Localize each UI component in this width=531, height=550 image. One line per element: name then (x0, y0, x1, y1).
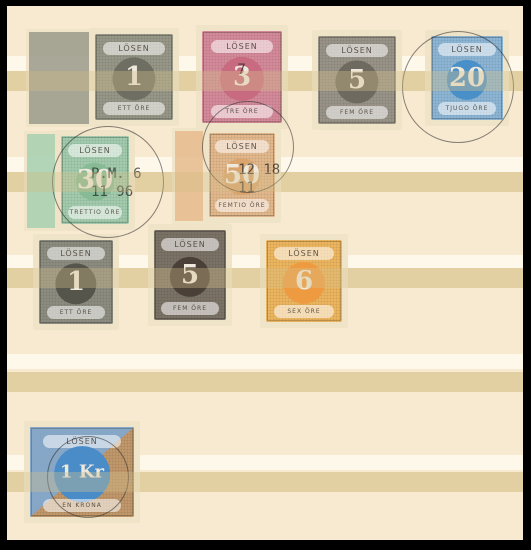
stamp-bottom-label: FEM ÖRE (161, 302, 218, 315)
stamp-top-label: LÖSEN (215, 140, 268, 153)
stamp-value: 1 Kr (24, 462, 140, 483)
stamp-top-label: LÖSEN (326, 44, 387, 57)
stamp-s1[interactable]: LÖSEN1ETT ÖRE (89, 28, 179, 126)
stamp-value: 5 (312, 65, 402, 95)
strip-4 (7, 372, 523, 392)
stamp-s8[interactable]: LÖSEN5FEM ÖRE (148, 224, 232, 326)
stamp-value: 5 (148, 260, 232, 290)
stamp-s10[interactable]: LÖSEN1 KrEN KRONA (24, 421, 140, 523)
stamp-bottom-label: TRETTIO ÖRE (68, 206, 122, 219)
stamp-value: 6 (260, 266, 348, 296)
stamp-s3[interactable]: LÖSEN5FEM ÖRE (312, 30, 402, 130)
stamp-s4[interactable]: LÖSEN20TJUGO ÖRE (425, 30, 509, 126)
stamp-bottom-label: SEX ÖRE (274, 305, 334, 318)
stamp-bottom-label: ETT ÖRE (47, 306, 106, 319)
stamp-value: 20 (425, 63, 509, 93)
stamp-s6[interactable]: LÖSEN50FEMTIO ÖRE (203, 127, 281, 223)
stamp-value: 3 (196, 62, 288, 92)
stamp-bottom-label: EN KRONA (43, 499, 122, 512)
stamp-value: 50 (203, 160, 281, 190)
stamp-value: 1 (89, 62, 179, 92)
stamp-top-label: LÖSEN (68, 144, 122, 157)
stamp-s5[interactable]: LÖSEN30TRETTIO ÖRE (55, 130, 135, 230)
stamp-s2[interactable]: LÖSEN3TRE ÖRE (196, 25, 288, 129)
stamp-top-label: LÖSEN (274, 247, 334, 260)
stamp-s9[interactable]: LÖSEN6SEX ÖRE (260, 234, 348, 328)
stamp-bottom-label: ETT ÖRE (103, 102, 164, 115)
stamp-top-label: LÖSEN (161, 238, 218, 251)
stamp-bottom-label: FEMTIO ÖRE (215, 199, 268, 212)
stamp-bottom-label: TRE ÖRE (211, 105, 274, 118)
strip-4-top (7, 354, 523, 369)
stamp-top-label: LÖSEN (47, 247, 106, 260)
stock-page: LÖSEN1ETT ÖRELÖSEN3TRE ÖRELÖSEN5FEM ÖREL… (7, 6, 523, 540)
stamp-top-label: LÖSEN (103, 42, 164, 55)
stamp-value: 1 (33, 267, 119, 297)
stamp-value: 30 (55, 165, 135, 195)
stamp-top-label: LÖSEN (211, 40, 274, 53)
stamp-bottom-label: TJUGO ÖRE (438, 102, 495, 115)
stamp-bottom-label: FEM ÖRE (326, 106, 387, 119)
stamp-top-label: LÖSEN (438, 43, 495, 56)
stamp-s7[interactable]: LÖSEN1ETT ÖRE (33, 234, 119, 330)
